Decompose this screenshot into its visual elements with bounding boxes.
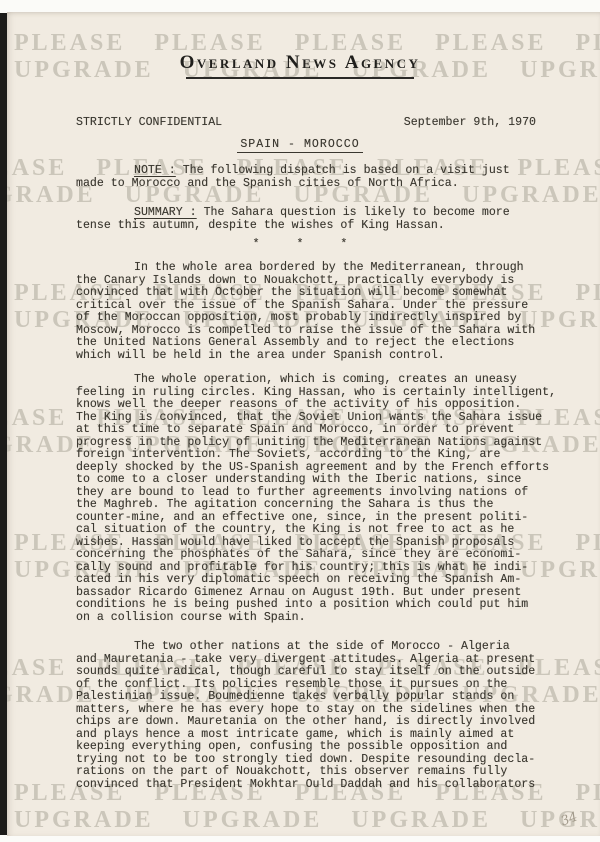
letterhead-rule	[186, 77, 414, 79]
scanned-document-page: PLEASEPLEASEPLEASEPLEASEPLEASEPLEASEUPGR…	[0, 0, 600, 842]
handwritten-page-number: 34	[559, 810, 580, 830]
summary-block: SUMMARY : The Sahara question is likely …	[76, 207, 510, 232]
note-label: NOTE :	[134, 164, 176, 177]
body-paragraph-3: The two other nations at the side of Mor…	[76, 641, 535, 791]
body-paragraph-2: The whole operation, which is coming, cr…	[76, 374, 556, 624]
headline-wrap: SPAIN - MOROCCO	[0, 139, 600, 152]
note-block: NOTE : The following dispatch is based o…	[76, 165, 510, 190]
asterisk-separator: * * *	[0, 239, 600, 252]
document-content: Overland News Agency STRICTLY CONFIDENTI…	[0, 0, 600, 842]
summary-label: SUMMARY :	[134, 206, 197, 219]
headline: SPAIN - MOROCCO	[237, 138, 362, 153]
document-date: September 9th, 1970	[404, 117, 536, 130]
body-paragraph-1: In the whole area bordered by the Medite…	[76, 262, 535, 362]
scan-edge-strip	[0, 13, 7, 835]
meta-row: STRICTLY CONFIDENTIAL September 9th, 197…	[76, 117, 536, 130]
agency-name: Overland News Agency	[0, 52, 600, 74]
classification-label: STRICTLY CONFIDENTIAL	[76, 117, 222, 130]
